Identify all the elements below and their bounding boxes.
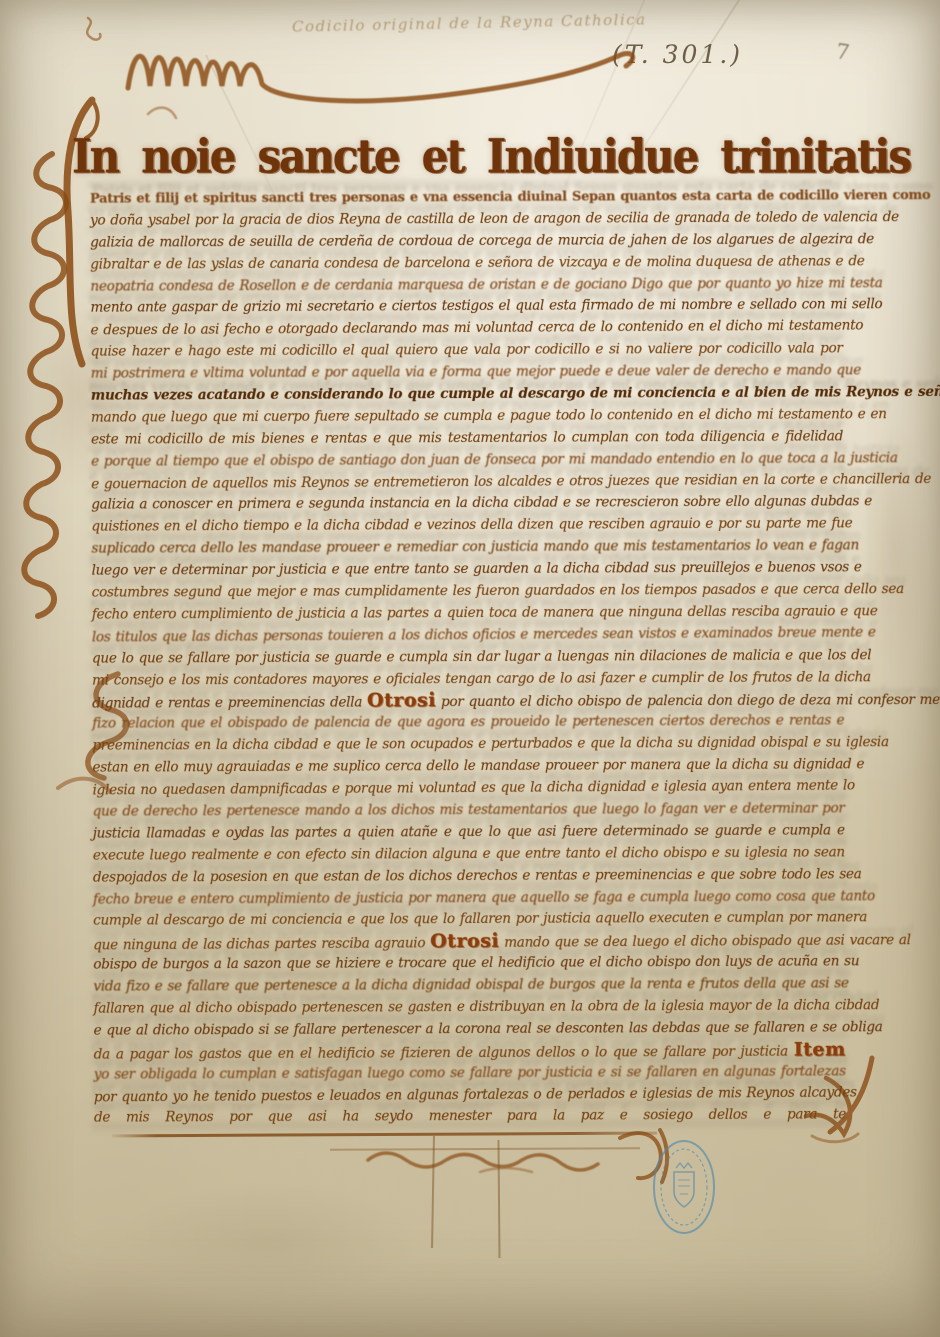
emphasized-word: Otrosi (367, 690, 436, 712)
pen-flourish-left-chain (8, 148, 70, 668)
manuscript-line: de mis Reynos por que asi ha seydo menes… (94, 1105, 846, 1130)
catalog-mark: (T. 301.) (612, 40, 743, 69)
closing-rule-secondary (330, 1147, 640, 1150)
archival-inscription: Codicilo original de la Reyna Catholica (292, 10, 652, 36)
parchment-blotch (120, 1180, 420, 1300)
library-stamp (650, 1136, 718, 1238)
emphasized-word: Item (794, 1038, 846, 1060)
corner-numeral: 7 (834, 39, 851, 65)
emphasized-word: Otrosi (430, 930, 499, 952)
manuscript-body: Patris et filij et spiritus sancti tres … (90, 185, 846, 1130)
pen-flourish-corner-mark (76, 14, 106, 48)
pen-flourish-top-zigzag (118, 26, 658, 141)
docket-scribble (360, 1136, 640, 1182)
ink-descender (431, 1136, 435, 1248)
ink-descender (497, 1140, 500, 1258)
parchment-page: Codicilo original de la Reyna Catholica … (0, 0, 940, 1337)
